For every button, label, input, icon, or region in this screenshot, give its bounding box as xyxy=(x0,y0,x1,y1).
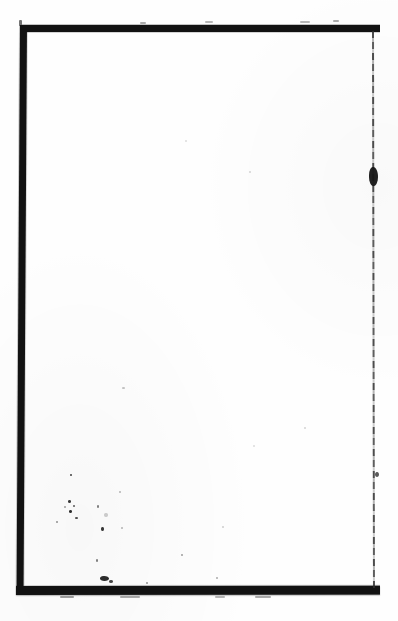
ink-tick xyxy=(300,21,310,23)
ink-tick xyxy=(19,20,22,26)
ink-dot xyxy=(119,491,121,493)
ink-dot xyxy=(122,387,125,389)
ink-dot xyxy=(222,526,224,528)
ink-dot xyxy=(121,527,123,529)
ink-dot xyxy=(68,500,71,503)
ink-dot xyxy=(253,445,255,447)
ink-blob xyxy=(100,576,109,581)
ink-dot xyxy=(73,505,75,507)
ink-dot xyxy=(64,506,66,508)
ink-dot xyxy=(146,582,148,584)
ink-dot xyxy=(216,577,218,579)
ink-dot xyxy=(69,510,72,513)
ink-dot xyxy=(185,140,187,142)
ink-dot xyxy=(101,527,104,531)
frame-top-border xyxy=(22,25,380,32)
frame-bottom-border xyxy=(16,586,380,595)
ink-dot xyxy=(70,474,72,476)
ink-tick xyxy=(205,21,213,23)
ink-tick xyxy=(140,22,146,24)
ink-dot xyxy=(104,513,108,517)
ink-dot xyxy=(109,580,113,583)
ink-dot xyxy=(304,427,306,429)
ink-tick xyxy=(333,20,339,22)
ink-tick xyxy=(60,596,74,598)
ink-dot xyxy=(375,472,379,477)
ink-dot xyxy=(75,517,78,519)
scanned-page xyxy=(0,0,398,621)
ink-tick xyxy=(215,596,225,598)
ink-dot xyxy=(56,521,58,523)
ink-tick xyxy=(120,596,140,598)
ink-dot xyxy=(96,559,98,562)
ink-dot xyxy=(97,505,99,508)
paper-background xyxy=(0,0,398,621)
ink-tick xyxy=(255,596,271,598)
ink-blob xyxy=(369,167,378,186)
ink-dot xyxy=(181,554,183,556)
ink-dot xyxy=(249,171,251,173)
